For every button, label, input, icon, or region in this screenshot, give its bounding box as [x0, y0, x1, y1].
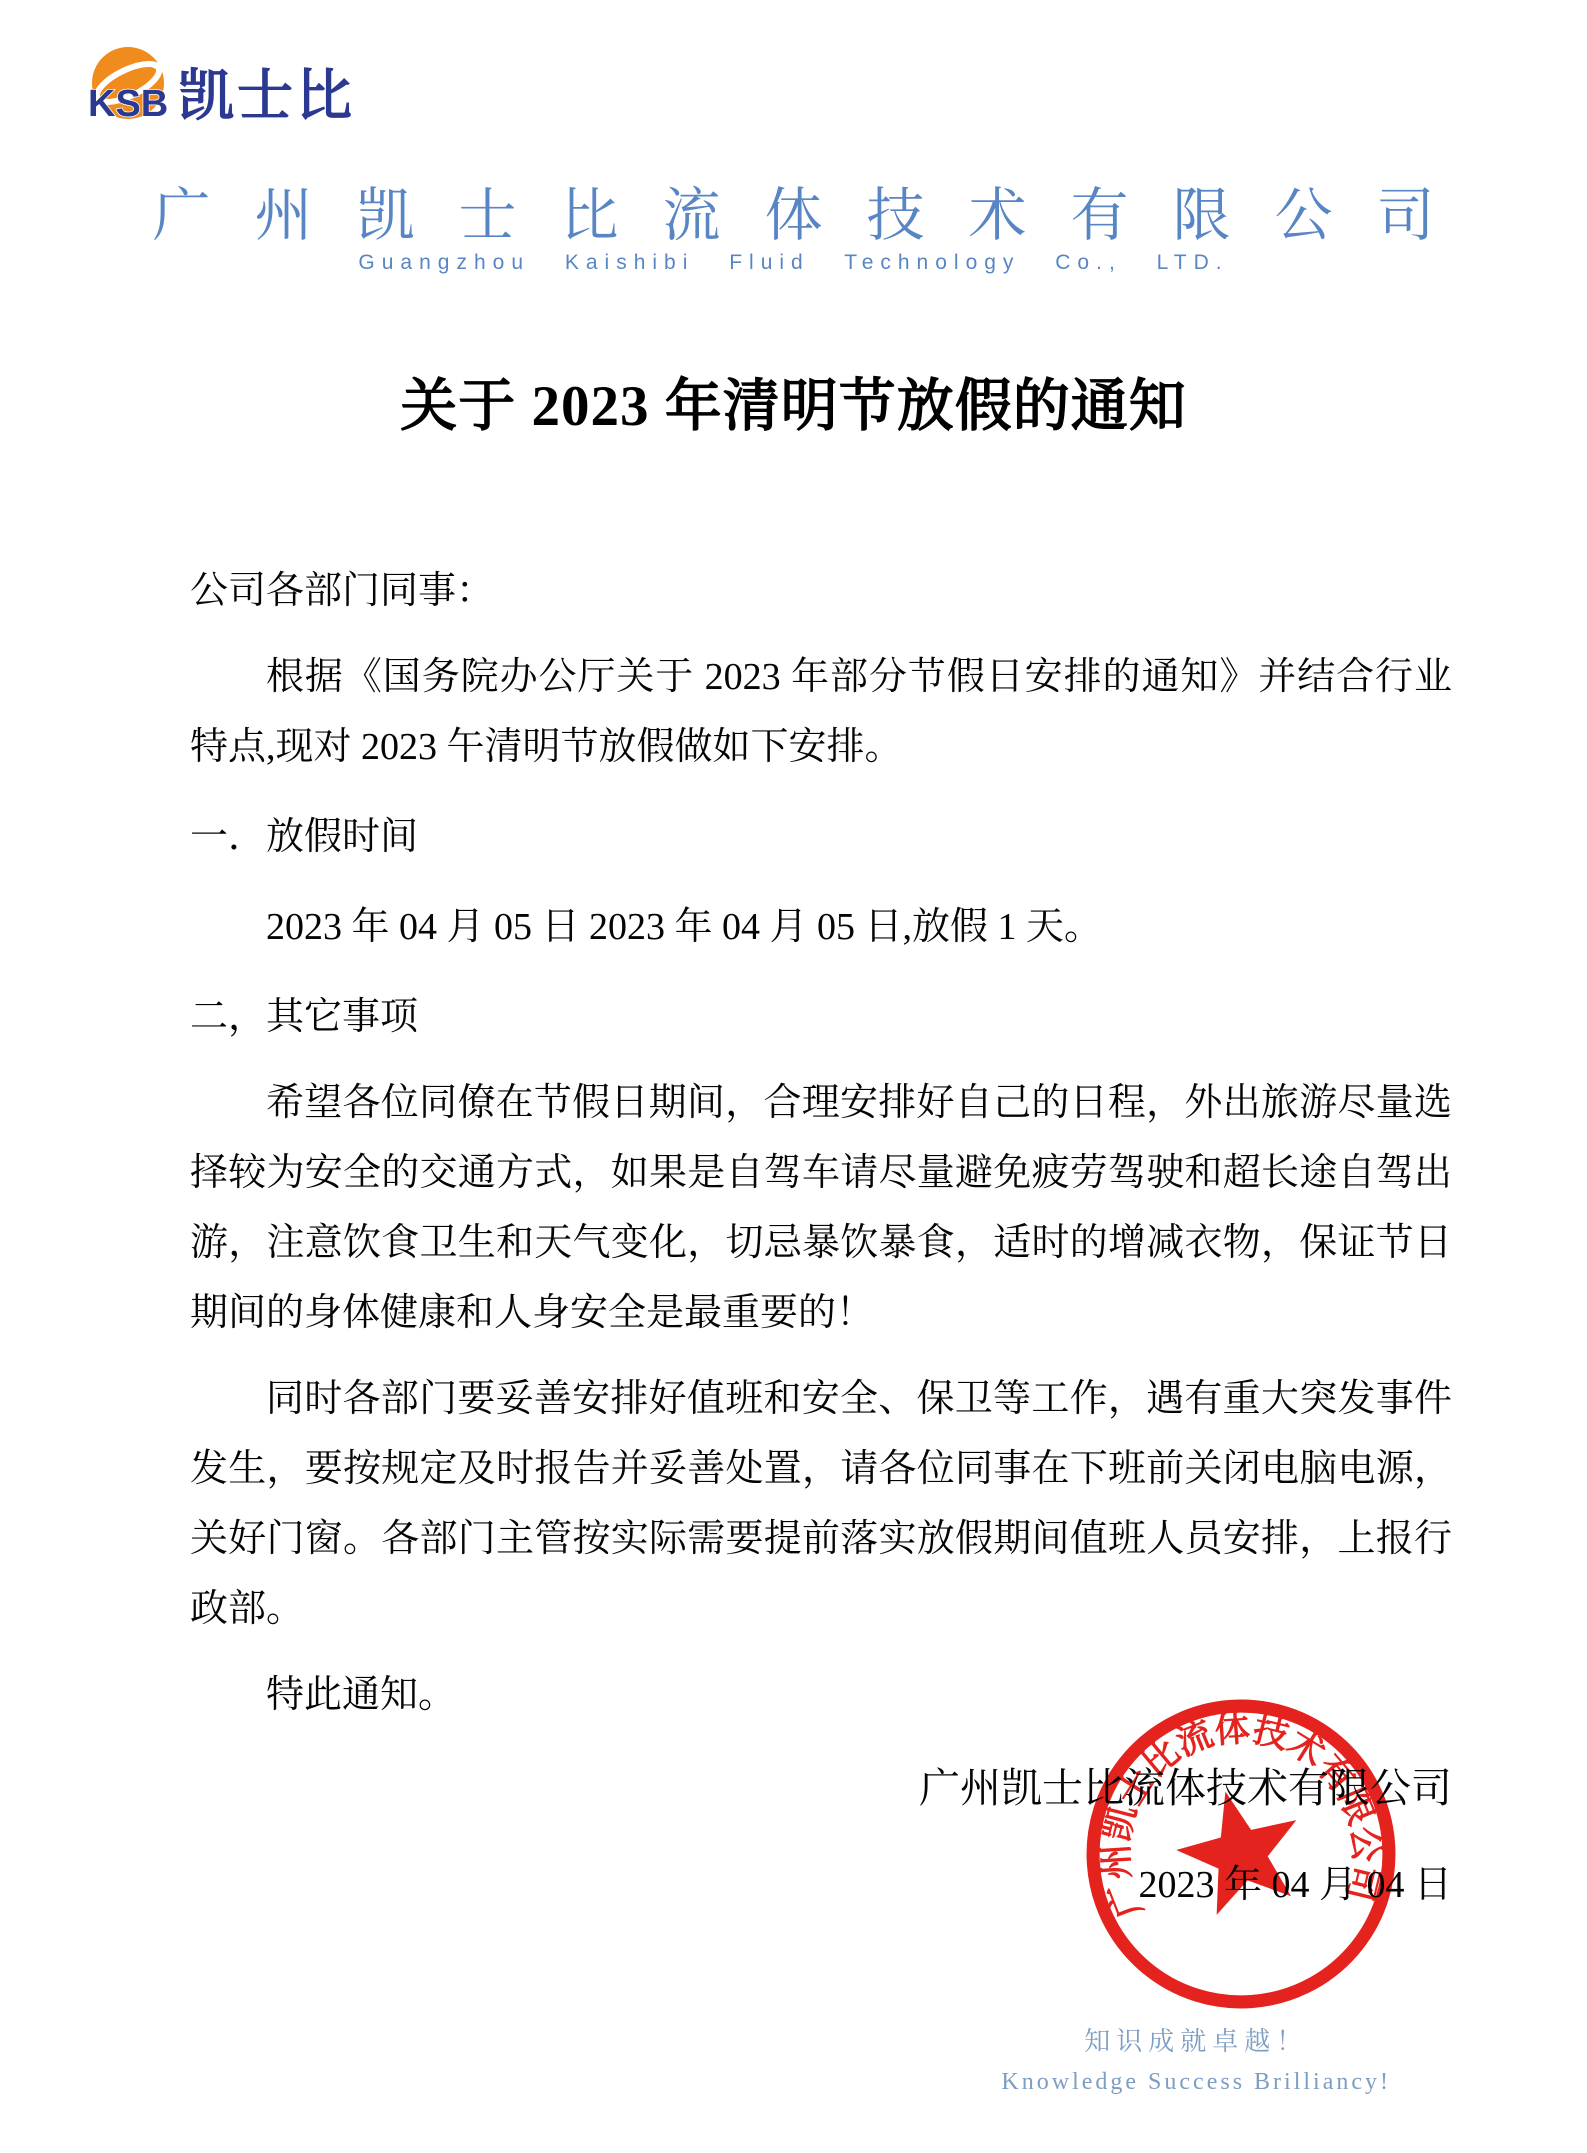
paragraph-basis: 根据《国务院办公厅关于 2023 年部分节假日安排的通知》并结合行业特点,现对 …	[190, 642, 1452, 782]
notice-document-page: KSB 凯士比 广州凯士比流体技术有限公司 Guangzhou Kaishibi…	[0, 0, 1587, 2153]
company-logo: KSB 凯士比	[86, 44, 355, 130]
paragraph-duty-arrangements: 同时各部门要妥善安排好值班和安全、保卫等工作，遇有重大突发事件发生，要按规定及时…	[190, 1364, 1452, 1644]
slogan-english: Knowledge Success Brilliancy!	[1001, 2062, 1391, 2102]
slogan-chinese: 知识成就卓越！	[1001, 2022, 1391, 2062]
paragraph-safety-advice: 希望各位同僚在节假日期间，合理安排好自己的日程，外出旅游尽量选择较为安全的交通方…	[190, 1068, 1452, 1348]
ksb-logo-text: KSB	[88, 83, 168, 125]
ksb-globe-icon: KSB	[86, 44, 168, 130]
footer-slogan: 知识成就卓越！ Knowledge Success Brilliancy!	[1001, 2022, 1391, 2102]
document-title: 关于 2023 年清明节放假的通知	[0, 360, 1587, 442]
salutation: 公司各部门同事：	[190, 556, 1452, 626]
company-name-chinese: 广州凯士比流体技术有限公司	[0, 168, 1587, 252]
signature-company: 广州凯士比流体技术有限公司	[190, 1762, 1452, 1814]
company-name-english: Guangzhou Kaishibi Fluid Technology Co.,…	[0, 251, 1587, 275]
section1-holiday-dates: 2023 年 04 月 05 日 2023 年 04 月 05 日,放假 1 天…	[190, 892, 1452, 962]
signature-date: 2023 年 04 月 04 日	[190, 1860, 1452, 1910]
document-body: 公司各部门同事： 根据《国务院办公厅关于 2023 年部分节假日安排的通知》并结…	[190, 556, 1452, 1910]
section1-heading: 一．放假时间	[190, 802, 1452, 872]
logo-brand-text: 凯士比	[178, 50, 355, 124]
section2-heading: 二，其它事项	[190, 982, 1452, 1052]
closing-line: 特此通知。	[190, 1660, 1452, 1730]
